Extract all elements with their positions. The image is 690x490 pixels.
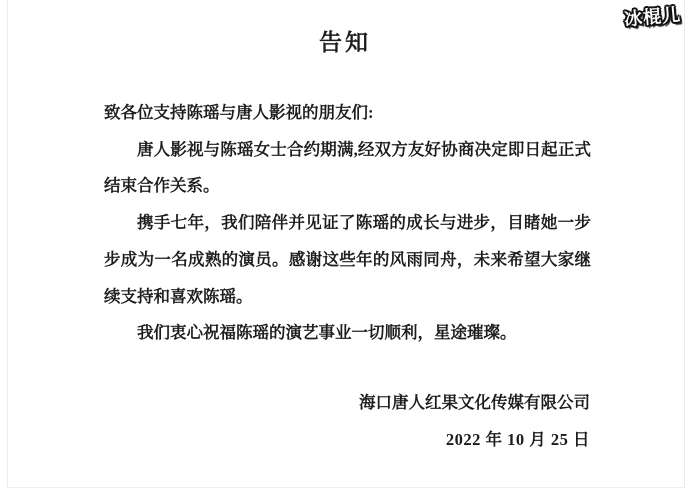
salutation-line: 致各位支持陈瑶与唐人影视的朋友们:	[104, 95, 591, 132]
paragraph-contract-end: 唐人影视与陈瑶女士合约期满,经双方友好协商决定即日起正式结束合作关系。	[104, 132, 591, 205]
document-page: 告知 致各位支持陈瑶与唐人影视的朋友们: 唐人影视与陈瑶女士合约期满,经双方友好…	[0, 0, 690, 490]
page-title: 告知	[0, 24, 690, 57]
signature-block: 海口唐人红果文化传媒有限公司 2022 年 10 月 25 日	[104, 385, 590, 458]
paragraph-seven-years: 携手七年，我们陪伴并见证了陈瑶的成长与进步，目睹她一步步成为一名成熟的演员。感谢…	[104, 205, 591, 315]
watermark-text: 冰棍儿	[623, 1, 682, 32]
document-body: 致各位支持陈瑶与唐人影视的朋友们: 唐人影视与陈瑶女士合约期满,经双方友好协商决…	[104, 95, 591, 352]
signature-date: 2022 年 10 月 25 日	[104, 422, 590, 459]
signature-company: 海口唐人红果文化传媒有限公司	[104, 385, 590, 422]
paragraph-best-wishes: 我们衷心祝福陈瑶的演艺事业一切顺利，星途璀璨。	[104, 315, 591, 352]
